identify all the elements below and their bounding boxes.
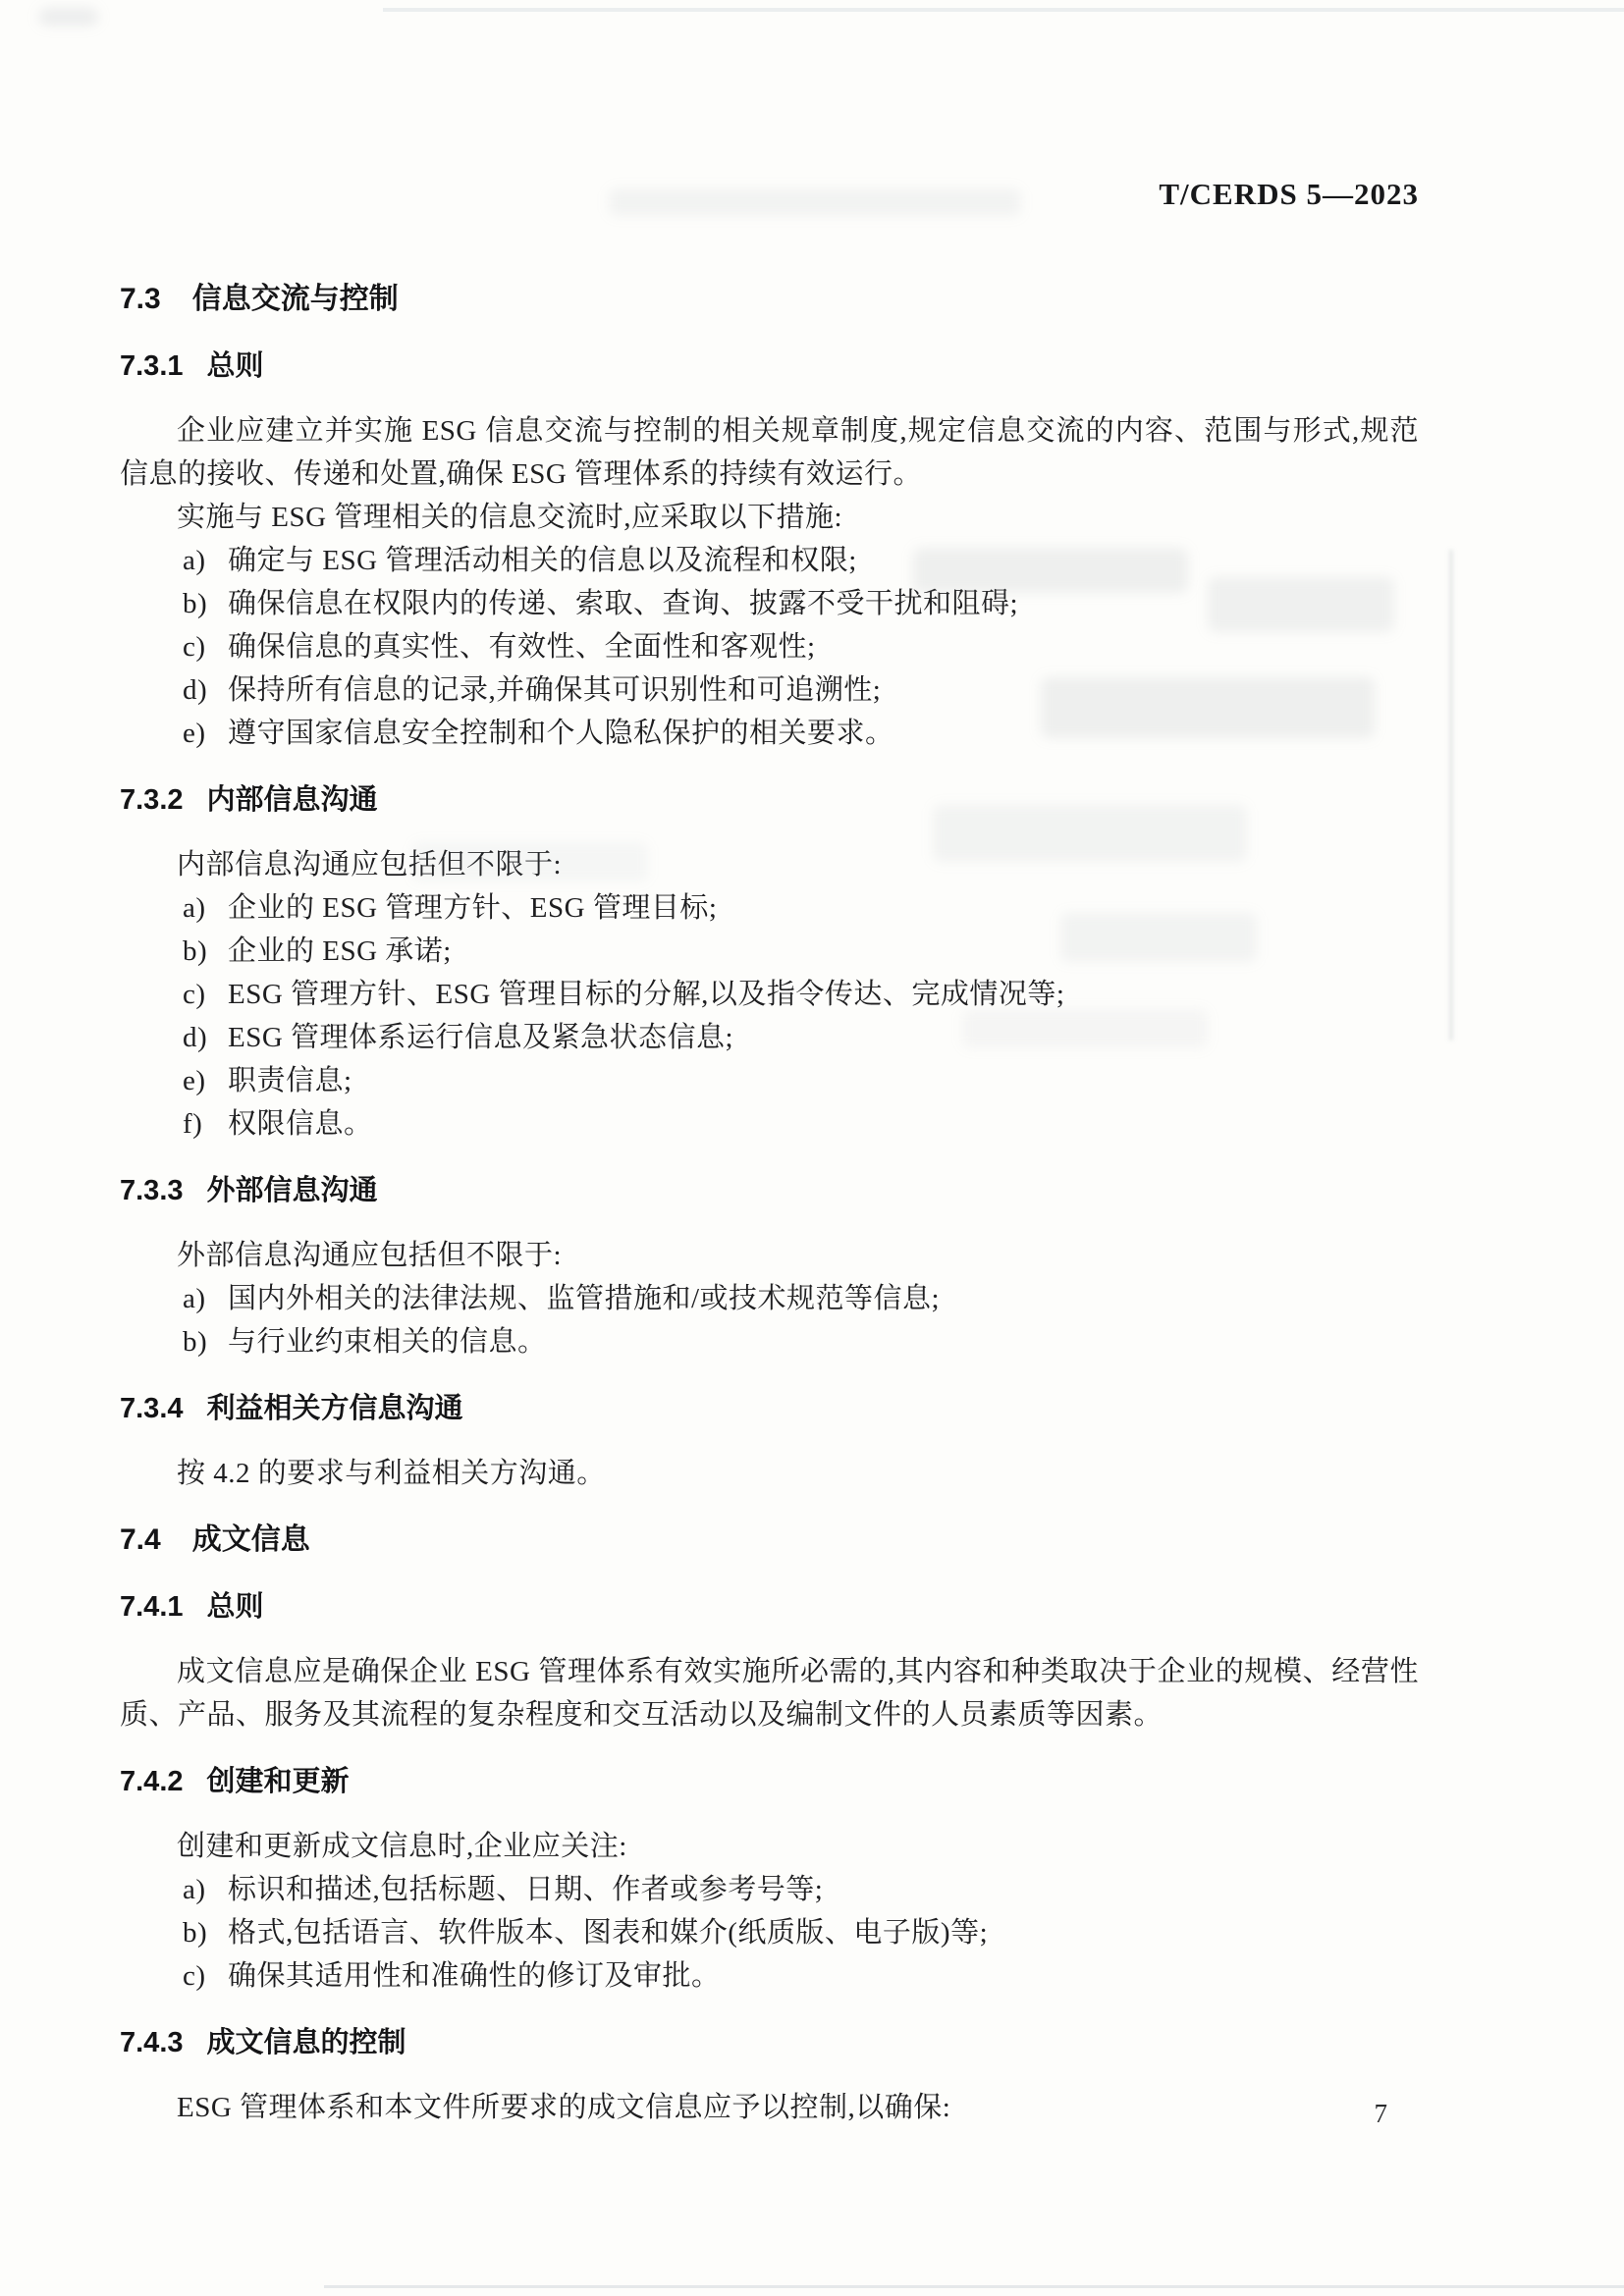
list-marker: e): [183, 712, 228, 755]
list-marker: e): [183, 1059, 228, 1102]
subsection-number: 7.3.2: [120, 778, 184, 822]
subsection-number: 7.4.3: [120, 2021, 184, 2064]
list-text: 确定与 ESG 管理活动相关的信息以及流程和权限;: [228, 539, 1419, 582]
list-item: d) ESG 管理体系运行信息及紧急状态信息;: [120, 1016, 1419, 1059]
page-body: T/CERDS 5—2023 7.3 信息交流与控制 7.3.1 总则 企业应建…: [0, 179, 1624, 2129]
subsection-title: 利益相关方信息沟通: [207, 1387, 463, 1430]
subsection-number: 7.4.1: [120, 1585, 184, 1629]
section-title: 信息交流与控制: [192, 278, 399, 321]
list-marker: d): [183, 668, 228, 712]
list-text: ESG 管理体系运行信息及紧急状态信息;: [228, 1016, 1419, 1059]
list-item: b) 确保信息在权限内的传递、索取、查询、披露不受干扰和阻碍;: [120, 582, 1419, 625]
section-heading-7-4: 7.4 成文信息: [120, 1519, 1419, 1562]
list-item: e) 职责信息;: [120, 1059, 1419, 1102]
scan-edge-line: [324, 2285, 1624, 2288]
list-item: b) 企业的 ESG 承诺;: [120, 930, 1419, 973]
list-item: c) 确保信息的真实性、有效性、全面性和客观性;: [120, 625, 1419, 668]
list-text: 国内外相关的法律法规、监管措施和/或技术规范等信息;: [228, 1277, 1419, 1320]
list-text: 确保信息的真实性、有效性、全面性和客观性;: [228, 625, 1419, 668]
paragraph: 创建和更新成文信息时,企业应关注:: [120, 1825, 1419, 1868]
list-marker: a): [183, 539, 228, 582]
list-item: a) 企业的 ESG 管理方针、ESG 管理目标;: [120, 886, 1419, 930]
list-item: e) 遵守国家信息安全控制和个人隐私保护的相关要求。: [120, 712, 1419, 755]
list-text: 企业的 ESG 管理方针、ESG 管理目标;: [228, 886, 1419, 930]
bleed-through-artifact: [39, 8, 98, 26]
list-item: a) 确定与 ESG 管理活动相关的信息以及流程和权限;: [120, 539, 1419, 582]
list-text: 权限信息。: [228, 1102, 1419, 1146]
list-item: b) 与行业约束相关的信息。: [120, 1320, 1419, 1363]
subsection-title: 总则: [207, 1585, 264, 1629]
list-text: 职责信息;: [228, 1059, 1419, 1102]
subsection-heading-7-3-3: 7.3.3 外部信息沟通: [120, 1169, 1419, 1212]
list-marker: a): [183, 1868, 228, 1911]
paragraph: 成文信息应是确保企业 ESG 管理体系有效实施所必需的,其内容和种类取决于企业的…: [120, 1650, 1419, 1736]
list-marker: c): [183, 1954, 228, 1998]
list-text: 确保信息在权限内的传递、索取、查询、披露不受干扰和阻碍;: [228, 582, 1419, 625]
paragraph: 实施与 ESG 管理相关的信息交流时,应采取以下措施:: [120, 496, 1419, 539]
list-text: 标识和描述,包括标题、日期、作者或参考号等;: [228, 1868, 1419, 1911]
subsection-title: 成文信息的控制: [207, 2021, 406, 2064]
list-marker: c): [183, 625, 228, 668]
list-text: 格式,包括语言、软件版本、图表和媒介(纸质版、电子版)等;: [228, 1911, 1419, 1954]
section-number: 7.4: [120, 1519, 161, 1562]
scan-edge-line: [383, 8, 1624, 12]
list-item: a) 标识和描述,包括标题、日期、作者或参考号等;: [120, 1868, 1419, 1911]
list-item: d) 保持所有信息的记录,并确保其可识别性和可追溯性;: [120, 668, 1419, 712]
subsection-number: 7.4.2: [120, 1760, 184, 1803]
list-marker: c): [183, 973, 228, 1016]
page-number: 7: [1375, 2101, 1388, 2127]
list-text: 遵守国家信息安全控制和个人隐私保护的相关要求。: [228, 712, 1419, 755]
list-text: 保持所有信息的记录,并确保其可识别性和可追溯性;: [228, 668, 1419, 712]
subsection-title: 创建和更新: [207, 1760, 350, 1803]
list-marker: d): [183, 1016, 228, 1059]
list-text: 确保其适用性和准确性的修订及审批。: [228, 1954, 1419, 1998]
list-marker: f): [183, 1102, 228, 1146]
subsection-heading-7-4-2: 7.4.2 创建和更新: [120, 1760, 1419, 1803]
list-marker: a): [183, 886, 228, 930]
list-marker: a): [183, 1277, 228, 1320]
subsection-title: 外部信息沟通: [207, 1169, 378, 1212]
subsection-number: 7.3.4: [120, 1387, 184, 1430]
list-item: c) 确保其适用性和准确性的修订及审批。: [120, 1954, 1419, 1998]
list-marker: b): [183, 1320, 228, 1363]
subsection-number: 7.3.1: [120, 345, 184, 388]
list-marker: b): [183, 1911, 228, 1954]
list-marker: b): [183, 582, 228, 625]
subsection-title: 总则: [207, 345, 264, 388]
subsection-heading-7-3-2: 7.3.2 内部信息沟通: [120, 778, 1419, 822]
list-item: a) 国内外相关的法律法规、监管措施和/或技术规范等信息;: [120, 1277, 1419, 1320]
paragraph: 按 4.2 的要求与利益相关方沟通。: [120, 1452, 1419, 1495]
paragraph: 外部信息沟通应包括但不限于:: [120, 1234, 1419, 1277]
subsection-title: 内部信息沟通: [207, 778, 378, 822]
doc-code: T/CERDS 5—2023: [120, 179, 1419, 209]
subsection-heading-7-3-1: 7.3.1 总则: [120, 345, 1419, 388]
section-heading-7-3: 7.3 信息交流与控制: [120, 278, 1419, 321]
list-text: ESG 管理方针、ESG 管理目标的分解,以及指令传达、完成情况等;: [228, 973, 1419, 1016]
list-text: 企业的 ESG 承诺;: [228, 930, 1419, 973]
list-text: 与行业约束相关的信息。: [228, 1320, 1419, 1363]
section-title: 成文信息: [192, 1519, 310, 1562]
subsection-heading-7-3-4: 7.3.4 利益相关方信息沟通: [120, 1387, 1419, 1430]
subsection-heading-7-4-1: 7.4.1 总则: [120, 1585, 1419, 1629]
list-item: f) 权限信息。: [120, 1102, 1419, 1146]
paragraph: 企业应建立并实施 ESG 信息交流与控制的相关规章制度,规定信息交流的内容、范围…: [120, 409, 1419, 496]
paragraph: ESG 管理体系和本文件所要求的成文信息应予以控制,以确保:: [120, 2086, 1419, 2129]
list-item: b) 格式,包括语言、软件版本、图表和媒介(纸质版、电子版)等;: [120, 1911, 1419, 1954]
document-page: T/CERDS 5—2023 7.3 信息交流与控制 7.3.1 总则 企业应建…: [0, 0, 1624, 2296]
section-number: 7.3: [120, 278, 161, 321]
subsection-number: 7.3.3: [120, 1169, 184, 1212]
subsection-heading-7-4-3: 7.4.3 成文信息的控制: [120, 2021, 1419, 2064]
list-marker: b): [183, 930, 228, 973]
paragraph: 内部信息沟通应包括但不限于:: [120, 843, 1419, 886]
list-item: c) ESG 管理方针、ESG 管理目标的分解,以及指令传达、完成情况等;: [120, 973, 1419, 1016]
